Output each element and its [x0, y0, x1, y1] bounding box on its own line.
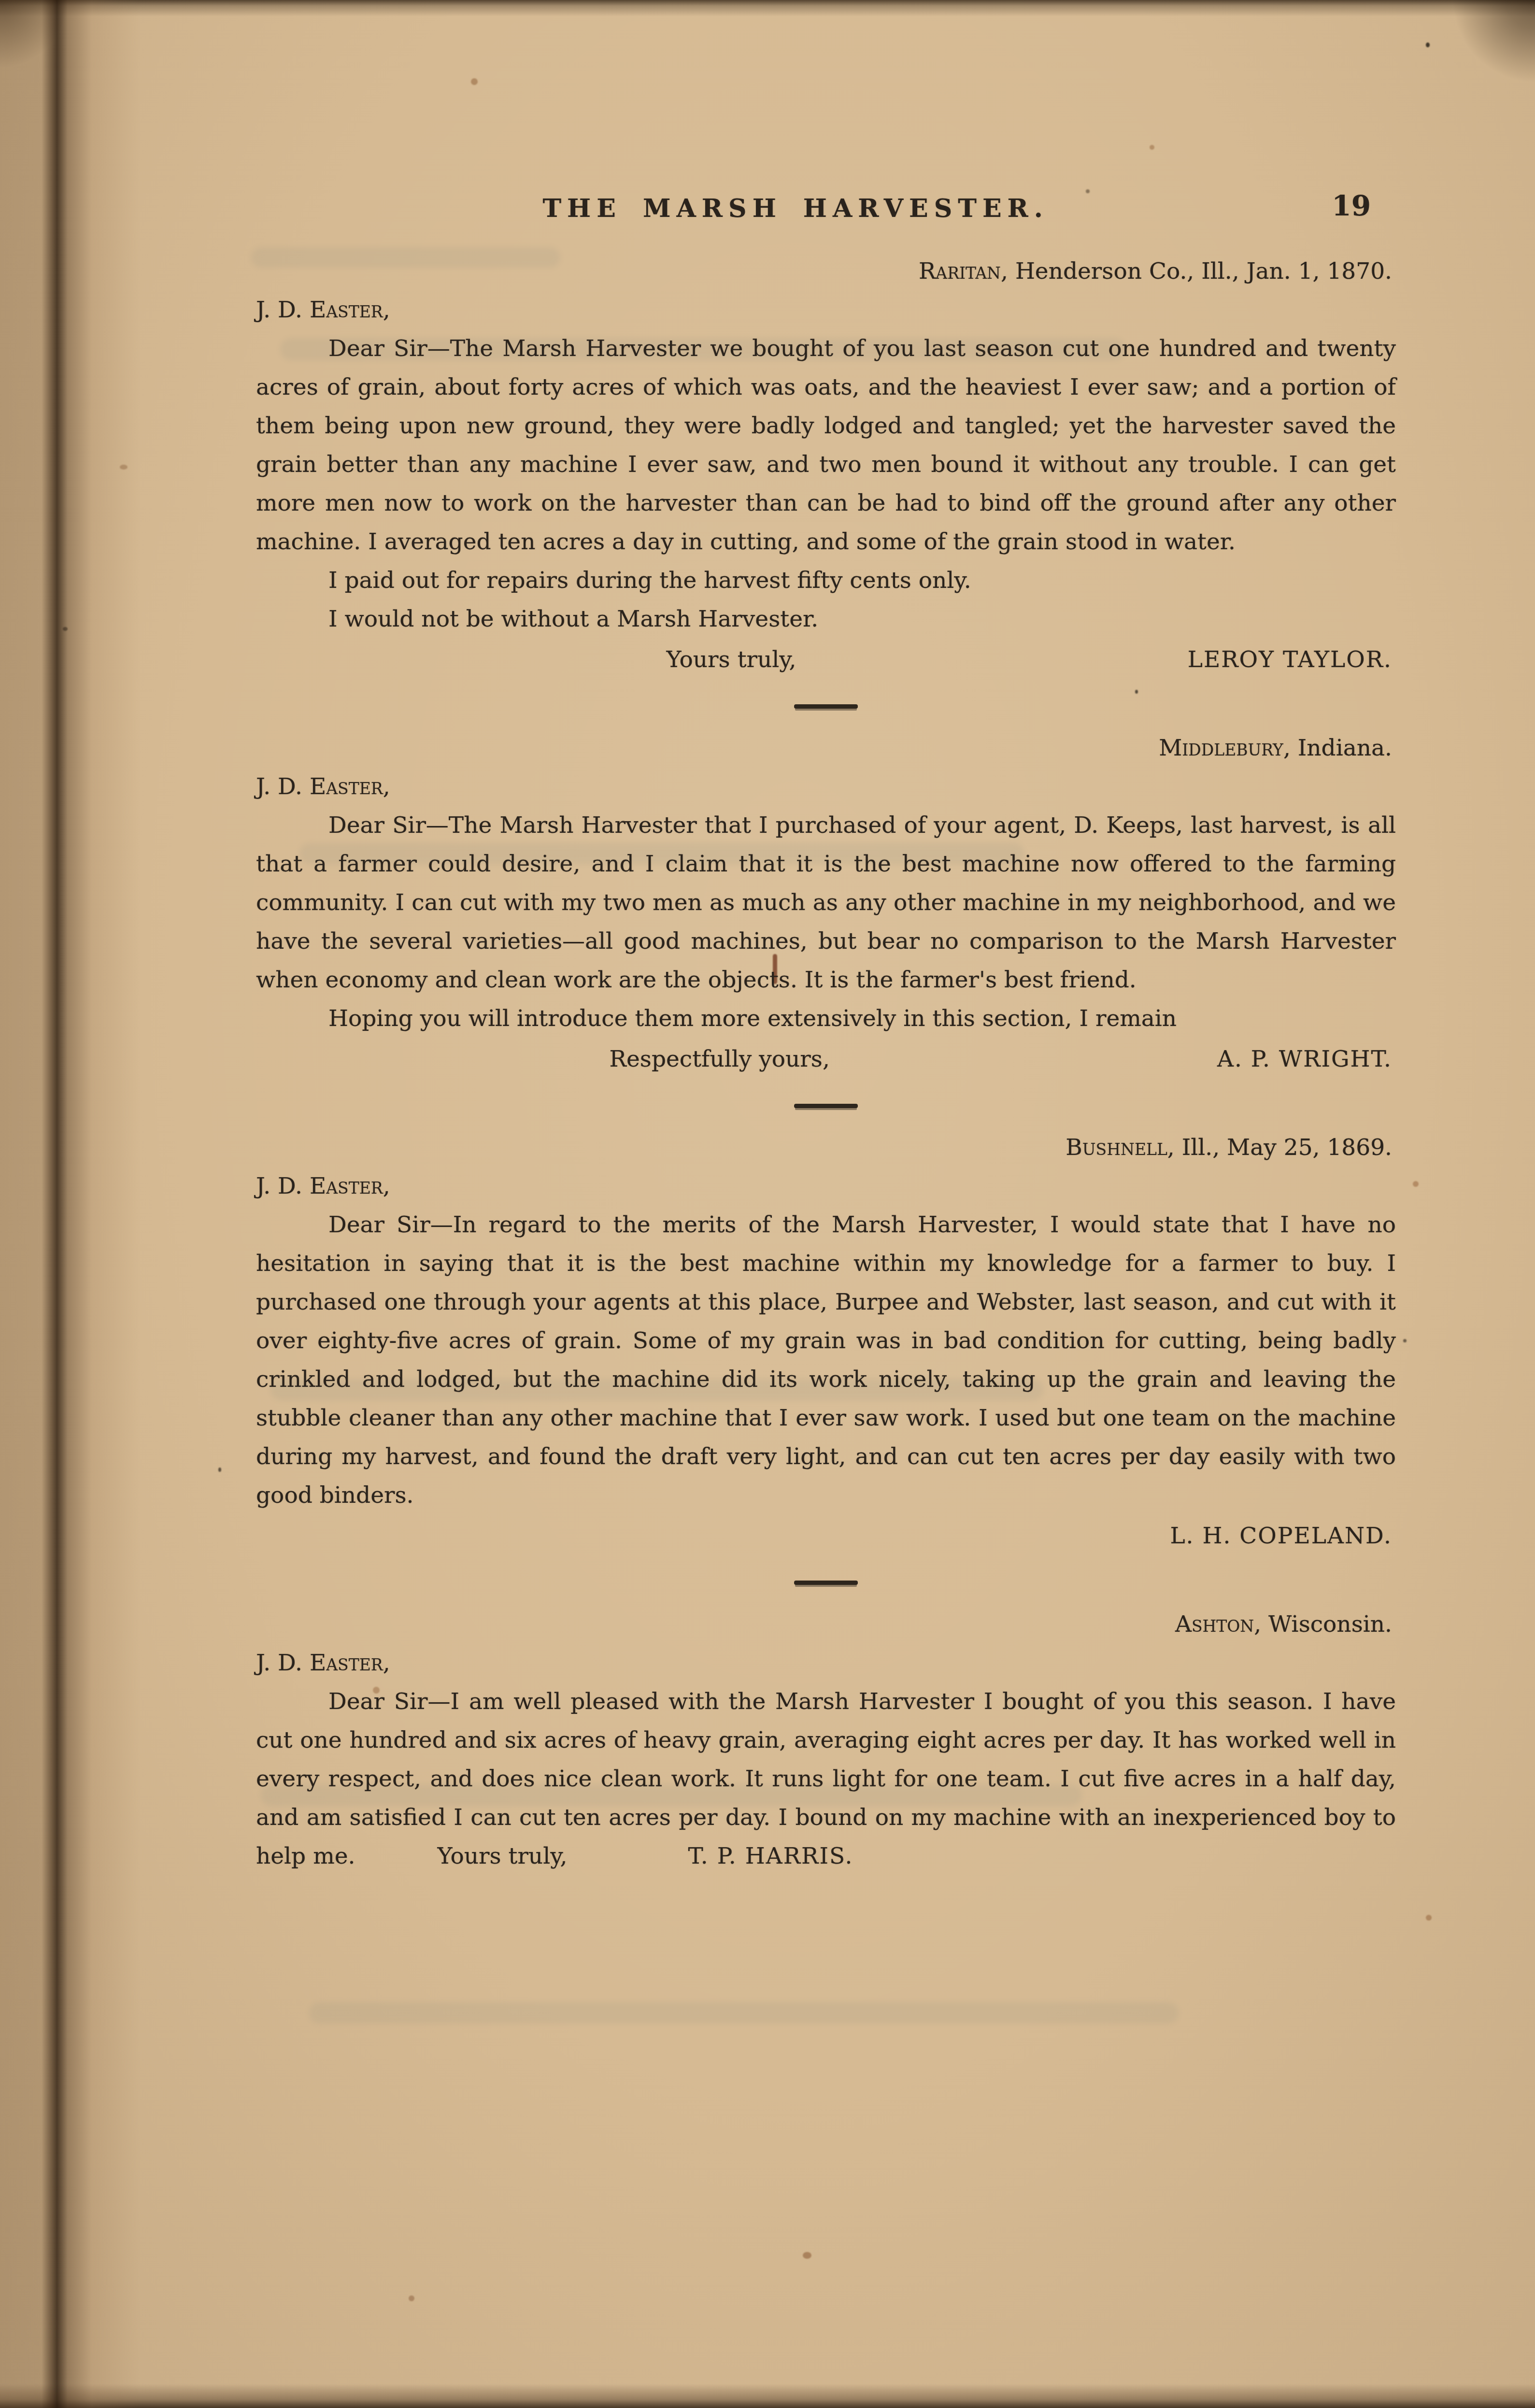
letter-signature: A. P. WRIGHT.: [1217, 1040, 1396, 1079]
foxing-spot: [1150, 145, 1154, 150]
letter-dateline: Raritan, Henderson Co., Ill., Jan. 1, 18…: [256, 252, 1396, 291]
letter-salutation: J. D. Easter,: [256, 1644, 1396, 1682]
dateline-place: Ashton,: [1175, 1611, 1261, 1638]
letter-signature: T. P. HARRIS.: [688, 1843, 853, 1869]
letter-ashton: Ashton, Wisconsin. J. D. Easter, Dear Si…: [256, 1605, 1396, 1876]
letter-paragraph: Dear Sir—The Marsh Harvester that I purc…: [256, 806, 1396, 999]
dateline-place: Raritan,: [919, 258, 1008, 285]
foxing-spot: [1426, 1915, 1432, 1921]
dateline-place: Bushnell,: [1066, 1134, 1174, 1161]
foxing-spot: [803, 2252, 811, 2259]
letter-closing: Yours truly,: [667, 641, 796, 679]
section-divider: [794, 1581, 858, 1585]
letter-raritan: Raritan, Henderson Co., Ill., Jan. 1, 18…: [256, 252, 1396, 679]
dateline-rest: Ill., May 25, 1869.: [1175, 1134, 1392, 1161]
foxing-spot: [471, 78, 478, 85]
letter-signoff: Respectfully yours, A. P. WRIGHT.: [256, 1040, 1396, 1079]
page-number: 19: [1332, 186, 1371, 225]
letter-paragraph: Hoping you will introduce them more exte…: [256, 999, 1396, 1038]
dateline-rest: Wisconsin.: [1261, 1611, 1392, 1638]
foxing-spot: [120, 465, 128, 470]
letter-paragraph: Dear Sir—The Marsh Harvester we bought o…: [256, 329, 1396, 561]
page-content: THE MARSH HARVESTER. 19 Raritan, Henders…: [256, 189, 1396, 1876]
letter-dateline: Middlebury, Indiana.: [256, 729, 1396, 768]
letter-signature: LEROY TAYLOR.: [1188, 641, 1396, 679]
book-page-scan: THE MARSH HARVESTER. 19 Raritan, Henders…: [0, 0, 1535, 2408]
ink-speck: [1403, 1339, 1407, 1342]
letter-signoff: Yours truly, LEROY TAYLOR.: [256, 641, 1396, 679]
letter-dateline: Bushnell, Ill., May 25, 1869.: [256, 1128, 1396, 1167]
letter-salutation: J. D. Easter,: [256, 291, 1396, 329]
ink-speck: [63, 627, 68, 631]
letter-paragraph: Dear Sir—In regard to the merits of the …: [256, 1206, 1396, 1515]
letter-signoff: L. H. COPELAND.: [256, 1517, 1396, 1555]
letter-paragraph: I paid out for repairs during the harves…: [256, 561, 1396, 600]
page-header: THE MARSH HARVESTER. 19: [256, 189, 1396, 234]
ink-speck: [218, 1468, 221, 1472]
letter-closing: Yours truly,: [437, 1843, 567, 1869]
letter-signature: L. H. COPELAND.: [1170, 1517, 1396, 1555]
letter-dateline: Ashton, Wisconsin.: [256, 1605, 1396, 1644]
ink-speck: [1426, 43, 1430, 47]
dateline-place: Middlebury,: [1159, 735, 1291, 761]
dateline-rest: Indiana.: [1291, 735, 1392, 761]
section-divider: [794, 1104, 858, 1108]
letter-closing: Respectfully yours,: [610, 1040, 830, 1079]
dateline-rest: Henderson Co., Ill., Jan. 1, 1870.: [1008, 258, 1392, 285]
letter-salutation: J. D. Easter,: [256, 768, 1396, 806]
letter-bushnell: Bushnell, Ill., May 25, 1869. J. D. East…: [256, 1128, 1396, 1555]
letter-paragraph: Dear Sir—I am well pleased with the Mars…: [256, 1682, 1396, 1876]
show-through-smudge: [309, 2002, 1179, 2023]
letter-middlebury: Middlebury, Indiana. J. D. Easter, Dear …: [256, 729, 1396, 1079]
foxing-spot: [409, 2295, 414, 2301]
running-title: THE MARSH HARVESTER.: [542, 189, 1048, 228]
letter-paragraph: I would not be without a Marsh Harvester…: [256, 600, 1396, 639]
letter-salutation: J. D. Easter,: [256, 1167, 1396, 1206]
foxing-spot: [1413, 1181, 1419, 1187]
section-divider: [794, 704, 858, 709]
letter-paragraph-text: Dear Sir—I am well pleased with the Mars…: [256, 1688, 1396, 1869]
